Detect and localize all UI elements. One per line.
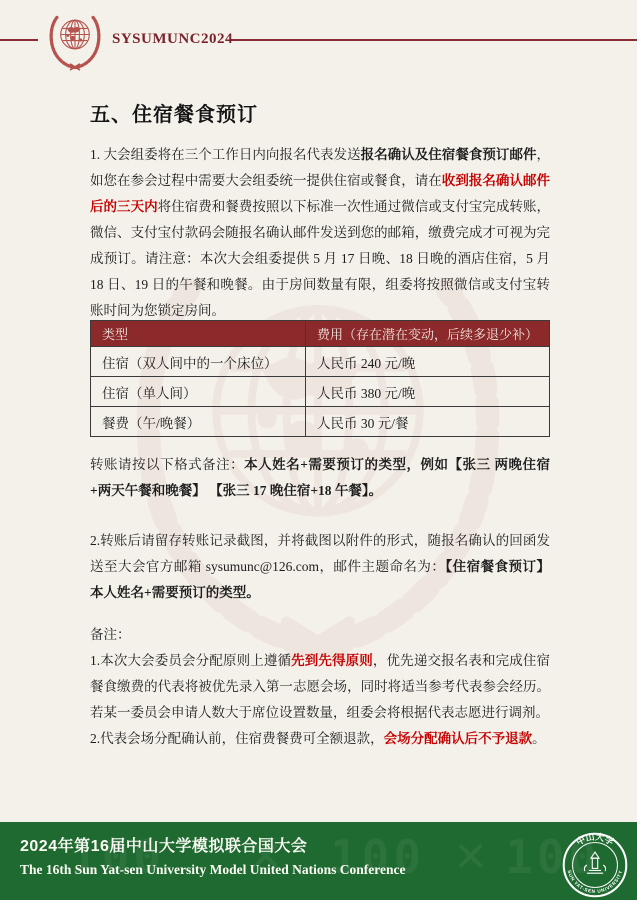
paragraph-transfer-format: 转账请按以下格式备注：本人姓名+需要预订的类型，例如【张三 两晚住宿+两天午餐和… (90, 452, 550, 504)
cell-fee-double-room: 人民币 240 元/晚 (306, 347, 550, 377)
note2-text: 2.代表会场分配确认前，住宿费餐费可全额退款， (90, 731, 384, 746)
brand-title: SYSUMUNC2024 (112, 31, 233, 48)
section-title: 五、住宿餐食预订 (90, 98, 550, 127)
p1-bold-email-name: 报名确认及住宿餐食预订邮件 (361, 147, 537, 162)
transfer-text: 转账请按以下格式备注： (90, 457, 244, 472)
footer-pattern: ✕ (455, 824, 490, 884)
footer-band: 100 ✕ 100 ✕ 100 2024年第16届中山大学模拟联合国大会 The… (0, 822, 637, 900)
cell-fee-meal: 人民币 30 元/餐 (306, 407, 550, 437)
header-rule-right (231, 39, 637, 41)
note-refund: 2.代表会场分配确认前，住宿费餐费可全额退款，会场分配确认后不予退款。 (90, 726, 550, 752)
footer-title-en: The 16th Sun Yat-sen University Model Un… (20, 862, 406, 878)
cell-type-meal: 餐费（午/晚餐） (91, 407, 306, 437)
document-page: SYSUMUNC2024 五、住宿餐食预订 1. 大会组委将在三个工作日内向报名… (0, 0, 637, 900)
cell-type-double-room: 住宿（双人间中的一个床位） (91, 347, 306, 377)
paragraph-registration: 1. 大会组委将在三个工作日内向报名代表发送报名确认及住宿餐食预订邮件，如您在参… (90, 142, 550, 324)
cell-type-single-room: 住宿（单人间） (91, 377, 306, 407)
fee-table-header-row: 类型 费用（存在潜在变动，后续多退少补） (91, 321, 550, 347)
official-email: sysumunc@126.com (206, 559, 319, 574)
note-allocation: 1.本次大会委员会分配原则上遵循先到先得原则，优先递交报名表和完成住宿餐食缴费的… (90, 648, 550, 726)
paragraph-screenshot-email: 2.转账后请留存转账记录截图，并将截图以附件的形式，随报名确认的回函发送至大会官… (90, 528, 550, 606)
sysu-seal-icon (561, 831, 629, 899)
note1-first-come-highlight: 先到先得原则 (291, 653, 373, 668)
footer-title-zh: 2024年第16届中山大学模拟联合国大会 (20, 833, 307, 856)
p2-text: ，邮件主题命名为： (319, 559, 445, 574)
fee-table: 类型 费用（存在潜在变动，后续多退少补） 住宿（双人间中的一个床位） 人民币 2… (90, 320, 550, 437)
notes-label: 备注： (90, 622, 550, 648)
note1-text: 1.本次大会委员会分配原则上遵循 (90, 653, 291, 668)
fee-table-header-fee: 费用（存在潜在变动，后续多退少补） (306, 321, 550, 347)
p1-text: 将住宿费和餐费按照以下标准一次性通过微信或支付宝完成转账，微信、支付宝付款码会随… (90, 199, 550, 318)
notes-block: 备注： 1.本次大会委员会分配原则上遵循先到先得原则，优先递交报名表和完成住宿餐… (90, 622, 550, 752)
table-row: 餐费（午/晚餐） 人民币 30 元/餐 (91, 407, 550, 437)
table-row: 住宿（单人间） 人民币 380 元/晚 (91, 377, 550, 407)
p1-text: 1. 大会组委将在三个工作日内向报名代表发送 (90, 147, 361, 162)
fee-table-header-type: 类型 (91, 321, 306, 347)
header-rule-left (0, 39, 38, 41)
un-emblem-icon (42, 4, 108, 76)
cell-fee-single-room: 人民币 380 元/晚 (306, 377, 550, 407)
table-row: 住宿（双人间中的一个床位） 人民币 240 元/晚 (91, 347, 550, 377)
note2-text: 。 (532, 731, 546, 746)
note2-no-refund-highlight: 会场分配确认后不予退款 (384, 731, 533, 746)
